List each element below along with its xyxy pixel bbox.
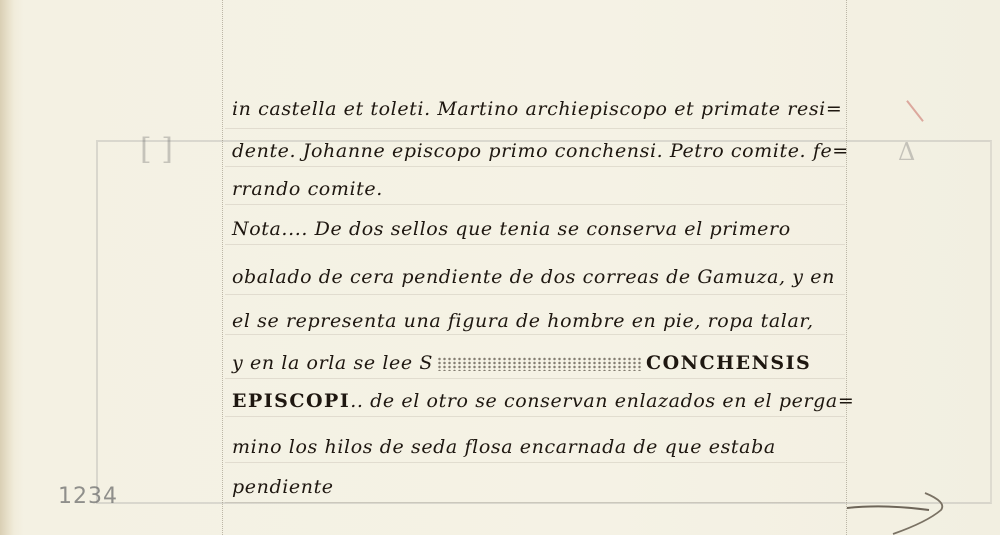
ruled-line xyxy=(225,294,845,295)
ruled-line xyxy=(225,502,845,503)
show-through-mark-right: Δ xyxy=(898,138,915,166)
text-line-8-rest: .. de el otro se conservan enlazados en … xyxy=(350,390,854,412)
text-line-3: rrando comite. xyxy=(232,178,383,200)
ruled-line xyxy=(225,244,845,245)
text-line-8: EPISCOPI.. de el otro se conservan enlaz… xyxy=(232,390,854,412)
arrow-right-icon xyxy=(845,490,955,535)
ruled-line xyxy=(225,378,845,379)
text-line-6: el se representa una figura de hombre en… xyxy=(232,310,814,332)
text-line-2: dente. Johanne episcopo primo conchensi.… xyxy=(232,140,849,162)
red-pencil-mark xyxy=(906,100,924,122)
ruled-line xyxy=(225,166,845,167)
page-left-edge xyxy=(0,0,14,535)
caps-episcopi: EPISCOPI xyxy=(232,390,350,412)
ruled-line xyxy=(225,416,845,417)
manuscript-page: [ ] Δ in castella et toleti. Martino arc… xyxy=(0,0,1000,535)
text-line-5: obalado de cera pendiente de dos correas… xyxy=(232,266,835,288)
margin-page-number: 1234 xyxy=(58,484,118,509)
ruled-line xyxy=(225,128,845,129)
text-line-1: in castella et toleti. Martino archiepis… xyxy=(232,98,842,120)
text-line-7: y en la orla se lee SCONCHENSIS xyxy=(232,352,811,374)
text-line-9: mino los hilos de seda flosa encarnada d… xyxy=(232,436,776,458)
ruled-line xyxy=(225,204,845,205)
ruled-line xyxy=(225,462,845,463)
erased-text xyxy=(437,357,642,371)
caps-conchensis: CONCHENSIS xyxy=(646,352,811,374)
text-line-10: pendiente xyxy=(232,476,334,498)
ruled-line xyxy=(225,334,845,335)
show-through-mark-left: [ ] xyxy=(140,132,173,167)
left-margin-guide xyxy=(222,0,223,535)
right-margin-guide xyxy=(846,0,847,535)
text-line-4: Nota.... De dos sellos que tenia se cons… xyxy=(232,218,791,240)
text-line-7-start: y en la orla se lee S xyxy=(232,352,433,374)
